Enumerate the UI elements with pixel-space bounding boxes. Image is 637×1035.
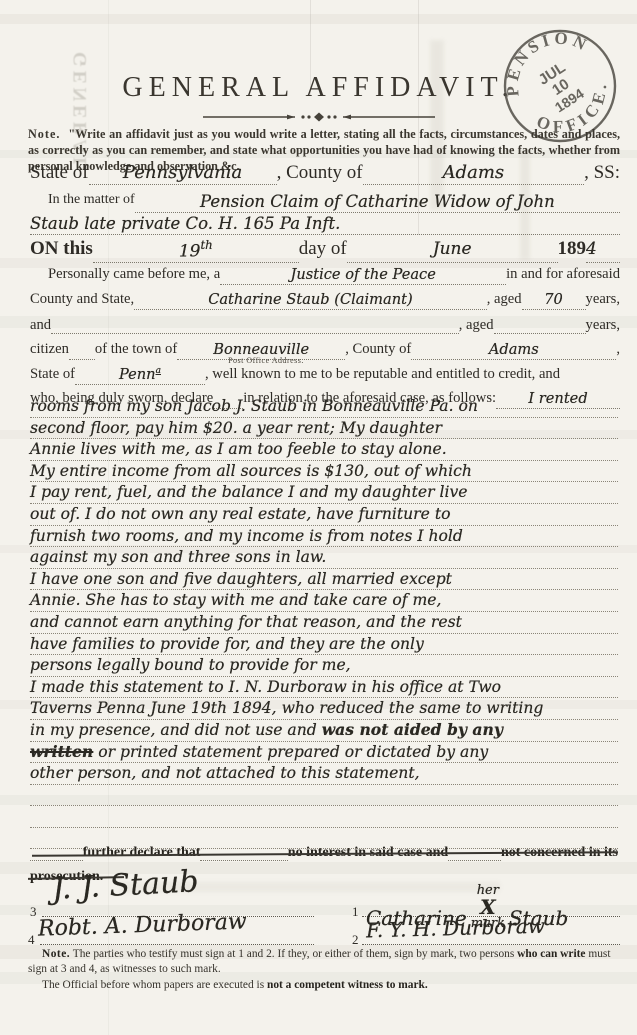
- matter-line-2: Staub late private Co. H. 165 Pa Inft.: [30, 214, 620, 235]
- testimony-line: other person, and not attached to this s…: [30, 763, 618, 785]
- testimony-line: out of. I do not own any real estate, ha…: [30, 504, 618, 526]
- month-value: June: [433, 239, 472, 259]
- svg-text:PENSION: PENSION: [498, 24, 598, 105]
- testimony-line: I made this statement to I. N. Durboraw …: [30, 677, 618, 699]
- testimony-line: against my son and three sons in law.: [30, 547, 618, 569]
- footer-note-2: The Official before whom papers are exec…: [28, 978, 620, 993]
- testimony-line: Annie. She has to stay with me and take …: [30, 590, 618, 612]
- paper-streak: [0, 14, 637, 24]
- testimony-line: furnish two rooms, and my income is from…: [30, 526, 618, 548]
- years-label: years,: [586, 291, 620, 308]
- signature-number-2: 2: [352, 932, 359, 948]
- testimony-text: against my son and three sons in law.: [30, 548, 326, 566]
- claimant-line: County and State, Catharine Staub (Claim…: [30, 291, 620, 310]
- claimant-value: Catharine Staub (Claimant): [208, 291, 412, 308]
- testimony-text: Annie. She has to stay with me and take …: [30, 591, 441, 609]
- testimony-text: I made this statement to I. N. Durboraw …: [30, 678, 501, 696]
- matter-value-1: Pension Claim of Catharine Widow of John: [200, 192, 555, 211]
- county-label: , County of: [277, 162, 363, 184]
- further-declare-label: further declare that: [83, 845, 201, 861]
- matter-field-2: Staub late private Co. H. 165 Pa Inft.: [30, 214, 620, 235]
- day-of-label: day of: [299, 238, 347, 260]
- decl-blank: [30, 845, 83, 861]
- and-label: and: [30, 317, 51, 334]
- testimony-text: I pay rent, fuel, and the balance I and …: [30, 483, 468, 501]
- personally-line: Personally came before me, a Justice of …: [30, 266, 620, 285]
- testimony-text-struck: written: [30, 742, 93, 761]
- testimony-line: I have one son and five daughters, all m…: [30, 569, 618, 591]
- no-interest-label: no interest in said case and: [288, 845, 448, 861]
- footer-note-label: Note.: [42, 948, 70, 960]
- month-field: June: [347, 238, 558, 263]
- county2-label: , County of: [345, 341, 411, 358]
- blank-ruled-line: [30, 806, 618, 828]
- decl-blank: [200, 845, 287, 861]
- day-value: 19: [179, 241, 201, 261]
- title-divider: [195, 110, 443, 124]
- aged2-label: , aged: [459, 317, 494, 334]
- state2-sup: a: [156, 366, 161, 376]
- county2-value: Adams: [489, 341, 539, 358]
- officer-value: Justice of the Peace: [290, 266, 435, 283]
- decl-blank: [448, 845, 501, 861]
- testimony-text: furnish two rooms, and my income is from…: [30, 527, 463, 545]
- state2-label: State of: [30, 366, 75, 383]
- testimony-line: I pay rent, fuel, and the balance I and …: [30, 482, 618, 504]
- day-field: 19th: [93, 238, 299, 263]
- personally-label: Personally came before me, a: [30, 266, 220, 283]
- testimony-line: have families to provide for, and they a…: [30, 634, 618, 656]
- testimony-text: Taverns Penna June 19th 1894, who reduce…: [30, 699, 543, 717]
- claimant-field: Catharine Staub (Claimant): [134, 291, 487, 310]
- testimony-line: second floor, pay him $20. a year rent; …: [30, 418, 618, 440]
- in-and-for-label: in and for aforesaid: [506, 266, 620, 283]
- testimony-text: in my presence, and did not use and: [30, 721, 322, 739]
- signature-number-3: 3: [30, 904, 37, 920]
- footer-note-text-1: The parties who testify must sign at 1 a…: [73, 948, 517, 960]
- testimony-text: and cannot earn anything for that reason…: [30, 613, 462, 631]
- testimony-line: written or printed statement prepared or…: [30, 742, 618, 764]
- county-state-label: County and State,: [30, 291, 134, 308]
- date-line: ON this 19th day of June 189 4: [30, 238, 620, 263]
- testimony-text: My entire income from all sources is $13…: [30, 462, 472, 480]
- testimony-line: Taverns Penna June 19th 1894, who reduce…: [30, 698, 618, 720]
- testimony-text: out of. I do not own any real estate, ha…: [30, 505, 450, 523]
- state-county-line: State of Pennsylvania , County of Adams …: [30, 162, 620, 185]
- county-field: Adams: [363, 162, 584, 185]
- matter-line: In the matter of Pension Claim of Cathar…: [30, 192, 620, 213]
- year-prefix: 189: [558, 238, 587, 260]
- state2-value: Penn: [119, 366, 156, 383]
- testimony-line: in my presence, and did not use and was …: [30, 720, 618, 742]
- testimony-text: second floor, pay him $20. a year rent; …: [30, 419, 442, 437]
- matter-field: Pension Claim of Catharine Widow of John: [135, 192, 620, 213]
- testimony-body: rooms from my son Jacob J. Staub in Bonn…: [30, 396, 618, 849]
- post-office-address-label: Post Office Address.: [196, 356, 336, 365]
- town-label: of the town of: [95, 341, 177, 358]
- on-this-label: ON this: [30, 238, 93, 260]
- second-person-line: and , aged years,: [30, 317, 620, 334]
- age-value: 70: [544, 291, 563, 308]
- testimony-line: and cannot earn anything for that reason…: [30, 612, 618, 634]
- testimony-text-retraced: was not aided by any: [322, 720, 503, 739]
- footer-note-1: Note. The parties who testify must sign …: [28, 947, 620, 978]
- declaration-line: further declare that no interest in said…: [30, 845, 618, 861]
- footer-official-text: The Official before whom papers are exec…: [42, 979, 267, 991]
- officer-field: Justice of the Peace: [220, 266, 506, 285]
- age-field: 70: [522, 291, 586, 310]
- signature-2: F. Y. H. Durboraw: [366, 914, 545, 943]
- testimony-line: My entire income from all sources is $13…: [30, 461, 618, 483]
- matter-label: In the matter of: [30, 192, 135, 208]
- testimony-line: rooms from my son Jacob J. Staub in Bonn…: [30, 396, 618, 418]
- age2-field: [494, 317, 586, 334]
- county-value: Adams: [443, 162, 505, 183]
- ss-label: , SS:: [584, 162, 620, 184]
- state-label: State of: [30, 162, 89, 184]
- comma: ,: [616, 341, 620, 358]
- day-suffix: th: [200, 238, 212, 252]
- state2-field: Penna: [75, 366, 205, 385]
- year-field: 4: [586, 238, 620, 263]
- footer-note-bold: who can write: [517, 948, 585, 960]
- blank-ruled-line: [30, 785, 618, 807]
- stamp-arc-top: PENSION: [498, 24, 598, 105]
- testimony-line: persons legally bound to provide for me,: [30, 655, 618, 677]
- signature-rule-4: [40, 928, 314, 945]
- affidavit-page: GENERAL GENERAL AFFIDAVIT. PENSION OFFIC…: [0, 0, 637, 1035]
- footer-notes: Note. The parties who testify must sign …: [28, 947, 620, 993]
- years2-label: years,: [586, 317, 620, 334]
- footer-official-bold: not a competent witness to mark.: [267, 979, 428, 991]
- testimony-text: rooms from my son Jacob J. Staub in Bonn…: [30, 397, 478, 415]
- year-value: 4: [586, 239, 597, 259]
- not-concerned-label: not concerned in its: [501, 845, 618, 861]
- testimony-text: or printed statement prepared or dictate…: [93, 743, 488, 761]
- testimony-line: Annie lives with me, as I am too feeble …: [30, 439, 618, 461]
- county2-field: Adams: [411, 341, 616, 360]
- state-field: Pennsylvania: [89, 162, 277, 185]
- citizen-label: citizen: [30, 341, 69, 358]
- credit-label: , well known to me to be reputable and e…: [205, 366, 560, 383]
- credit-line: State of Penna , well known to me to be …: [30, 366, 620, 385]
- testimony-text: I have one son and five daughters, all m…: [30, 570, 452, 588]
- matter-value-2: Staub late private Co. H. 165 Pa Inft.: [30, 214, 340, 233]
- testimony-text: persons legally bound to provide for me,: [30, 656, 351, 674]
- testimony-text: have families to provide for, and they a…: [30, 635, 424, 653]
- note-label: Note.: [28, 127, 60, 141]
- signature-number-1: 1: [352, 904, 359, 920]
- citizen-blank: [69, 341, 95, 360]
- testimony-text: other person, and not attached to this s…: [30, 764, 420, 782]
- aged-label: , aged: [487, 291, 522, 308]
- state-value: Pennsylvania: [123, 162, 242, 183]
- signature-number-4: 4: [28, 932, 35, 948]
- second-name-field: [51, 317, 459, 334]
- testimony-text: Annie lives with me, as I am too feeble …: [30, 440, 447, 458]
